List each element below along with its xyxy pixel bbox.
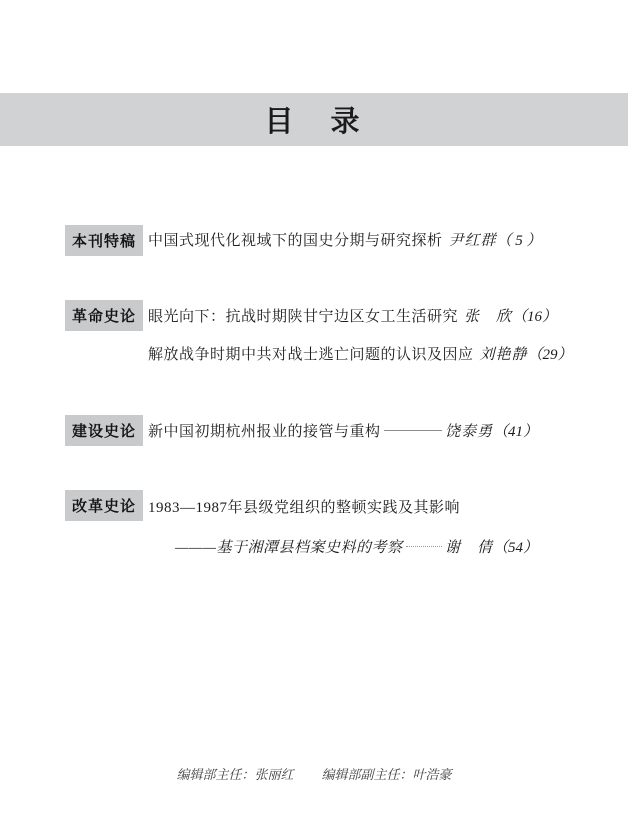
toc-entry-subtitle: ———基于湘潭县档案史料的考察 谢 倩 （54） <box>175 536 538 556</box>
leader-line <box>384 430 442 431</box>
article-page-number: （29） <box>528 343 573 364</box>
article-author: 尹红群 <box>449 229 497 250</box>
section-label-reform-history: 改革史论 <box>65 490 143 521</box>
toc-entry: 眼光向下：抗战时期陕甘宁边区女工生活研究 张 欣 （16） <box>148 305 538 325</box>
editor-in-chief-label: 编辑部主任：张丽红 <box>176 764 293 783</box>
article-author: 张 欣 <box>464 305 512 326</box>
article-title: 解放战争时期中共对战士逃亡问题的认识及因应 <box>148 343 474 364</box>
article-title: 新中国初期杭州报业的接管与重构 <box>148 420 381 441</box>
section-label-special-feature: 本刊特稿 <box>65 225 143 256</box>
toc-entry: 新中国初期杭州报业的接管与重构 饶泰勇 （41） <box>148 420 538 440</box>
toc-entry: 中国式现代化视域下的国史分期与研究探析 尹红群 （ 5 ） <box>148 229 538 249</box>
toc-entry: 1983—1987年县级党组织的整顿实践及其影响 <box>148 496 538 516</box>
article-title: 眼光向下：抗战时期陕甘宁边区女工生活研究 <box>148 305 458 326</box>
deputy-editor-label: 编辑部副主任：叶浩豪 <box>322 764 452 783</box>
article-page-number: （54） <box>493 536 538 557</box>
page-title: 目 录 <box>264 99 363 140</box>
article-author: 饶泰勇 <box>445 420 493 441</box>
section-label-construction-history: 建设史论 <box>65 415 143 446</box>
toc-banner: 目 录 <box>0 93 628 146</box>
section-label-revolution-history: 革命史论 <box>65 300 143 331</box>
article-page-number: （41） <box>493 420 538 441</box>
article-author: 谢 倩 <box>445 536 493 557</box>
dotted-leader-line <box>406 546 442 547</box>
article-page-number: （ 5 ） <box>497 229 542 250</box>
article-title: 1983—1987年县级党组织的整顿实践及其影响 <box>148 496 460 517</box>
toc-entry: 解放战争时期中共对战士逃亡问题的认识及因应 刘艳静 （29） <box>148 343 538 363</box>
article-page-number: （16） <box>512 305 557 326</box>
toc-page: 目 录 本刊特稿 中国式现代化视域下的国史分期与研究探析 尹红群 （ 5 ） 革… <box>0 0 628 820</box>
article-author: 刘艳静 <box>480 343 528 364</box>
article-subtitle: ———基于湘潭县档案史料的考察 <box>175 536 403 557</box>
article-title: 中国式现代化视域下的国史分期与研究探析 <box>148 229 443 250</box>
editorial-footer: 编辑部主任：张丽红 编辑部副主任：叶浩豪 <box>0 764 628 782</box>
